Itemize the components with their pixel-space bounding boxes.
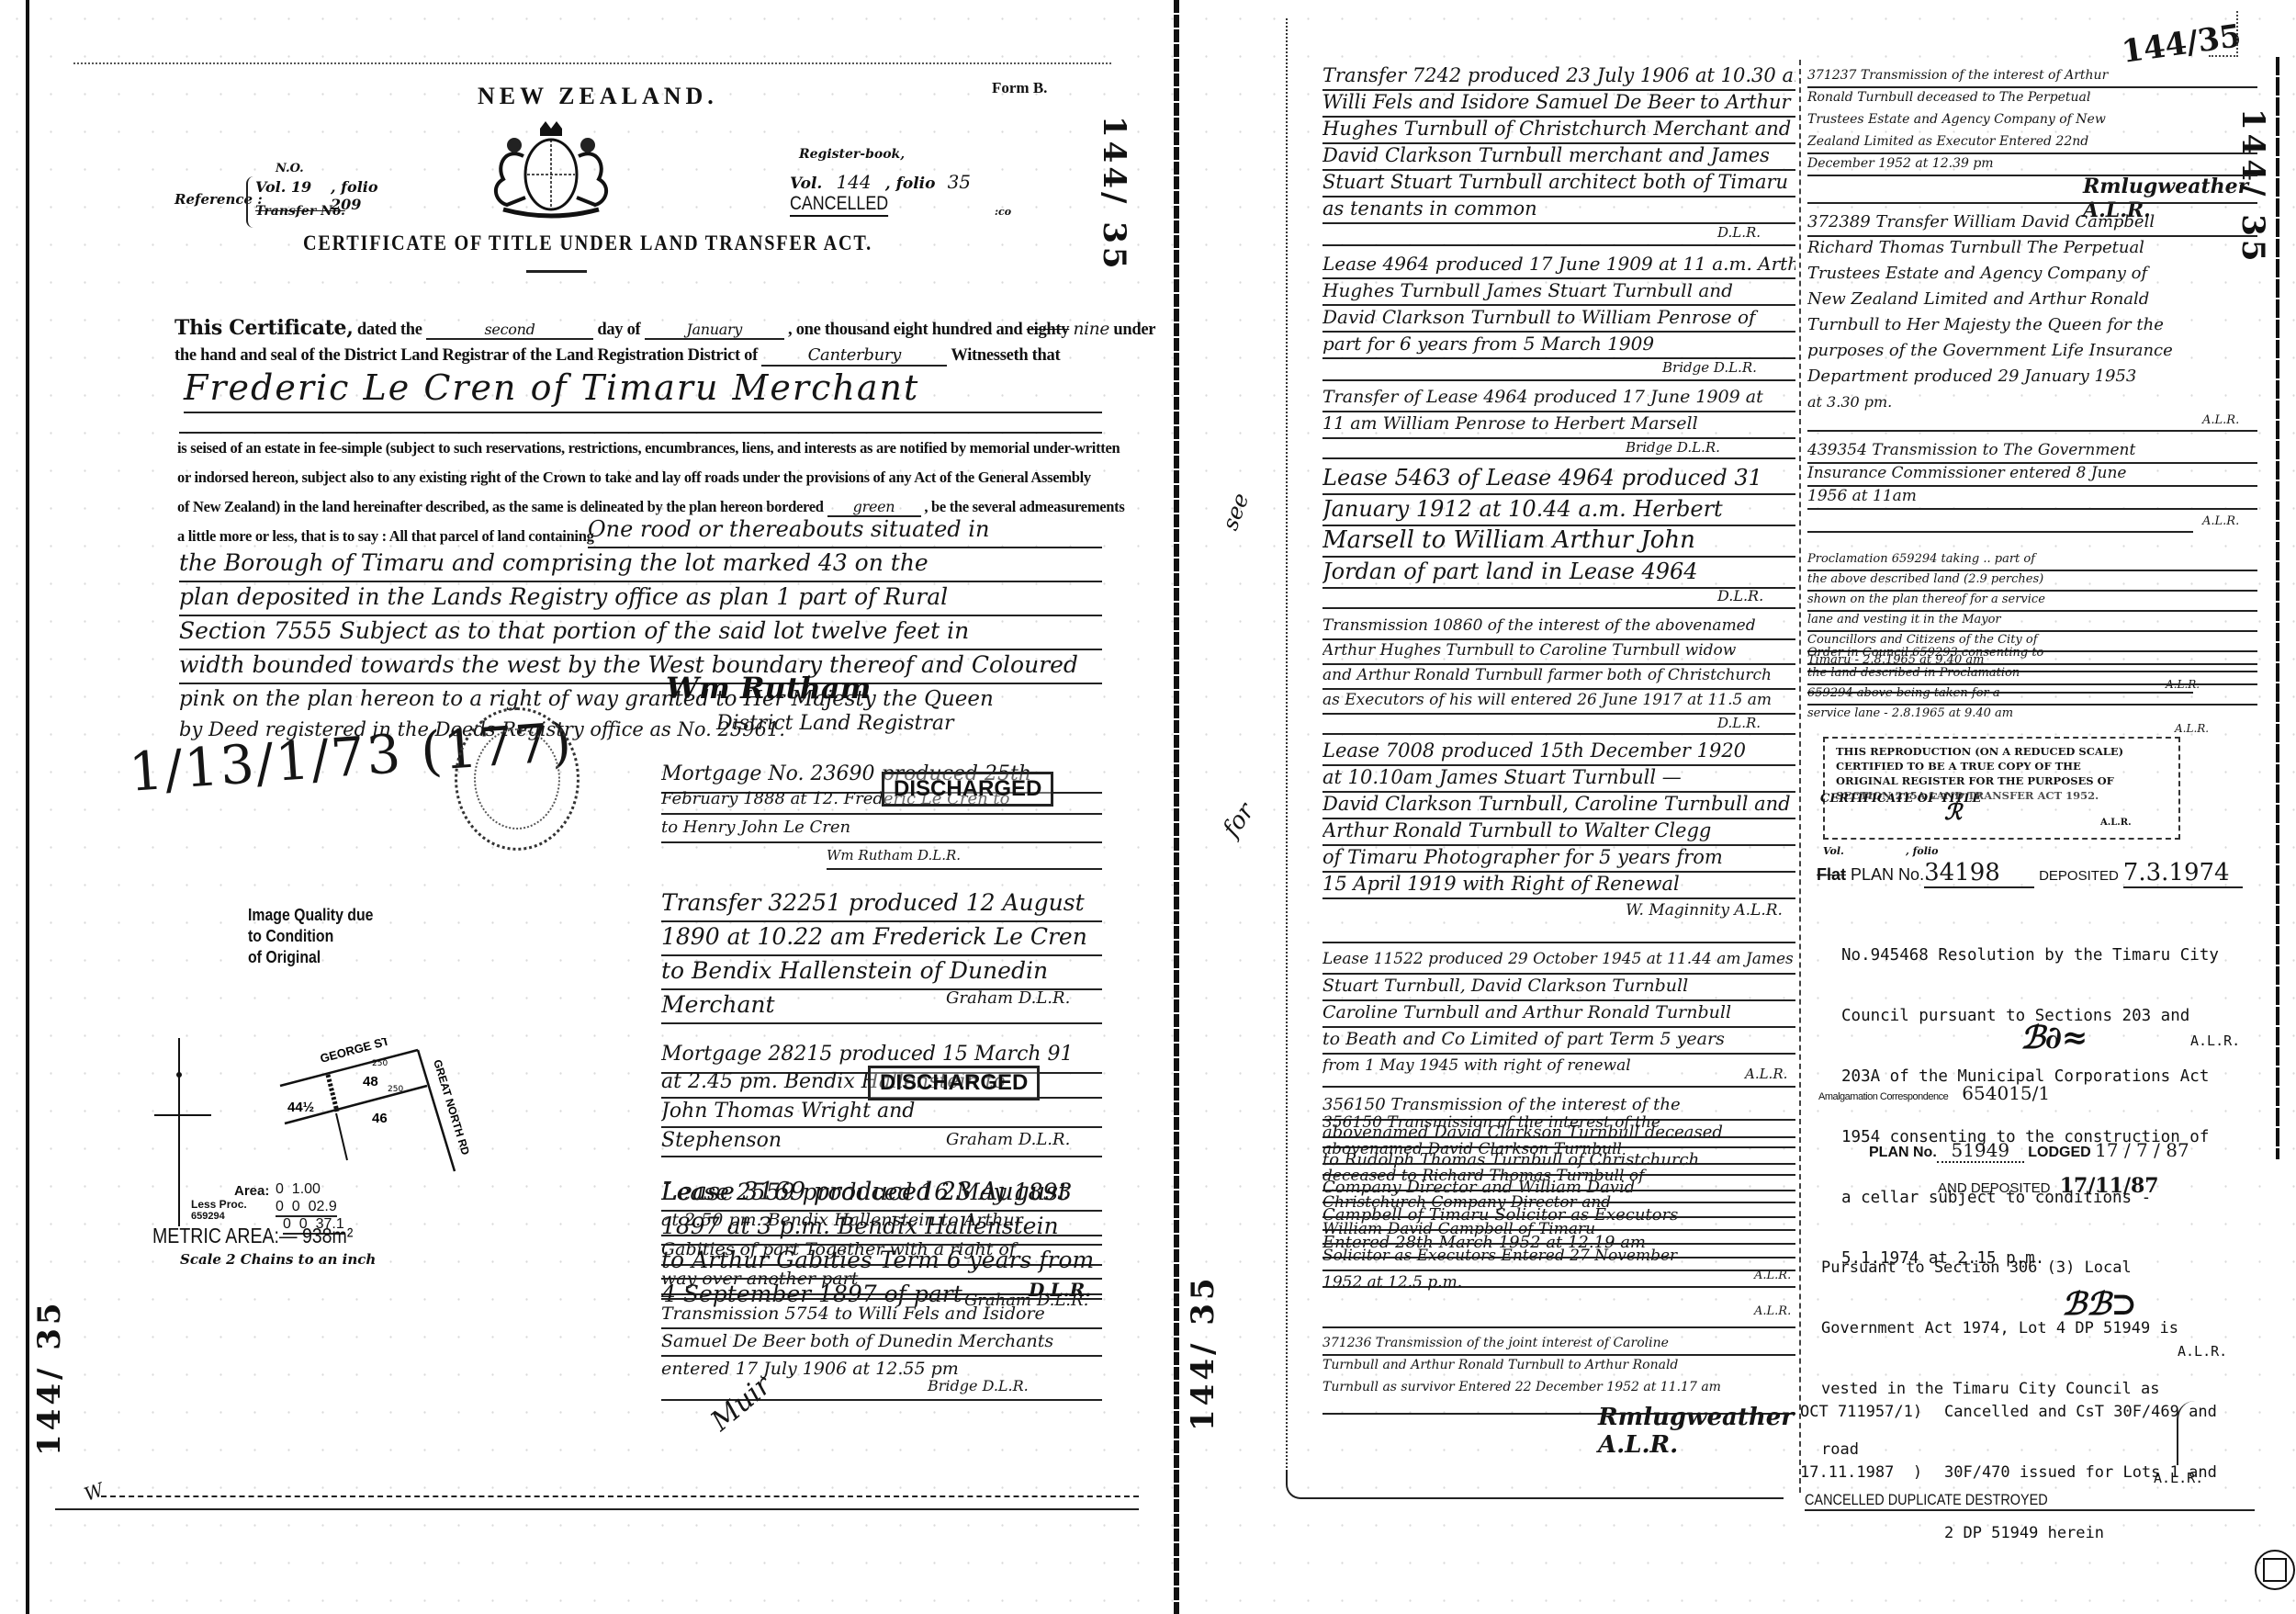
entry-rule — [1322, 1086, 1795, 1088]
memorial-line: Turnbull as survivor Entered 22 December… — [1322, 1376, 1795, 1398]
memorial-line: Marsell to William Arthur John — [1322, 525, 1795, 558]
lodged-date: 17 / 7 / 87 — [2095, 1139, 2189, 1161]
reference-vol: Vol. 19 — [255, 178, 311, 196]
margin-mark: see — [1217, 490, 1254, 534]
margin-mark: for — [1218, 798, 1260, 842]
memorial-line: at 3.30 pm. — [1807, 389, 2257, 415]
left-page: Form B. NEW ZEALAND. Reference : N.O. Vo… — [0, 0, 1176, 1614]
registrar-clause: the hand and seal of the District Land R… — [174, 346, 758, 365]
left-memorials-final: Transmission 5754 to Willi Fels and Isid… — [661, 1300, 1102, 1401]
folio-label: , folio — [1906, 845, 1938, 857]
memorial-line: 372389 Transfer William David Campbell — [1807, 209, 2257, 237]
memorial-line: shown on the plan thereof for a service — [1807, 590, 2257, 612]
memorial-line: Department produced 29 January 1953 — [1807, 364, 2257, 389]
entry-rule — [1322, 379, 1795, 381]
register-book-ref: Vol. 144 , folio 35 — [790, 171, 971, 193]
memorial-line: the above described land (2.9 perches) — [1807, 570, 2257, 592]
memorial-signature: Graham D.L.R. — [946, 988, 1070, 1008]
entry-rule — [1322, 1326, 1795, 1328]
under-text: under — [1113, 321, 1155, 339]
cancellation-ref: OCT 711957/1) — [1800, 1402, 1922, 1422]
memorial-line: 659294 above being taken for a — [1807, 683, 2257, 705]
reproduction-line-3: ORIGINAL REGISTER FOR THE PURPOSES OF — [1836, 773, 2114, 788]
day-value: second — [426, 321, 593, 340]
registrar-title: District Land Registrar — [716, 712, 953, 735]
estate-line-2: or indorsed hereon, subject also to any … — [177, 468, 1091, 487]
heading-underline — [526, 270, 587, 273]
memorial-line: Arthur Hughes Turnbull to Caroline Turnb… — [1322, 638, 1795, 665]
form-label: Form B. — [992, 79, 1047, 97]
register-stamp-left-top: 144/ 35 — [1096, 116, 1132, 273]
memorial-line: the land described in Proclamation — [1807, 663, 2257, 685]
vesting-role: A.L.R. — [2178, 1343, 2227, 1360]
less-proc-label: Less Proc. — [191, 1198, 247, 1211]
owner-name: Frederic Le Cren of Timaru Merchant — [184, 364, 1102, 413]
memorial-line: January 1912 at 10.44 a.m. Herbert — [1322, 493, 1795, 526]
top-dotted-line — [73, 62, 1111, 64]
memorial-signature: Rmlugweather A.L.R. — [1598, 1404, 1795, 1459]
circle-square-icon — [2255, 1550, 2295, 1590]
memorial-line: part for 6 years from 5 March 1909 — [1322, 331, 1795, 359]
reproduction-stamp: THIS REPRODUCTION (ON A REDUCED SCALE) C… — [1823, 737, 2180, 840]
memorial-line: from 1 May 1945 with right of renewal — [1322, 1053, 1795, 1079]
memorial-line: Stuart Stuart Turnbull architect both of… — [1322, 169, 1795, 198]
corner-mark: W — [82, 1478, 107, 1506]
register-stamp-right-bottom: 144/ 35 — [1185, 1274, 1221, 1431]
memorial-line: Turnbull to Her Majesty the Queen for th… — [1807, 312, 2257, 338]
reproduction-role: A.L.R. — [2100, 816, 2132, 830]
memorial-line: Lease 7008 produced 15th December 1920 — [1322, 738, 1795, 766]
right-left-column-final: 371236 Transmission of the joint interes… — [1322, 1332, 1795, 1442]
reproduction-signature: ℛ — [1944, 805, 1962, 819]
memorial-signature: Bridge D.L.R. — [1662, 359, 1757, 376]
lodged-label: LODGED — [2028, 1145, 2090, 1160]
right-left-column-lower: 356150 Transmission of the interest of t… — [1322, 1110, 1795, 1349]
certificate-line-1: This Certificate, dated the second day o… — [174, 316, 1155, 340]
metric-area: METRIC AREA:— 938m² — [152, 1224, 353, 1248]
memorial-signature: A.L.R. — [2202, 514, 2239, 528]
plan-scale: Scale 2 Chains to an inch — [180, 1251, 376, 1268]
amalgamation-value: 654015/1 — [1953, 1082, 2050, 1104]
less-proc-value: 0 0 02.9 — [276, 1199, 337, 1217]
memorial-line: Arthur Ronald Turnbull to Walter Clegg — [1322, 818, 1795, 846]
memorial-line: New Zealand Limited and Arthur Ronald — [1807, 287, 2257, 312]
area-label: Area: — [234, 1183, 269, 1199]
memorial-line: Lease 5463 of Lease 4964 produced 31 — [1322, 462, 1795, 495]
memorial-entry: Lease 3169 produced 23 August 1897 at 3 … — [661, 1176, 1102, 1304]
memorial-signature: Graham D.L.R. — [946, 1130, 1070, 1149]
memorial-signature: W. Maginnity A.L.R. — [1626, 901, 1783, 920]
memorial-line: at 10.10am James Stuart Turnbull — — [1322, 764, 1795, 793]
entry-rule — [1807, 531, 2193, 533]
memorial-line: 1956 at 11am — [1807, 485, 2257, 510]
memorial-line: to Beath and Co Limited of part Term 5 y… — [1322, 1026, 1795, 1055]
memorial-line: abovenamed David Clarkson Turnbull — [1322, 1136, 1795, 1165]
memorial-signature: Wm Rutham D.L.R. — [827, 842, 1102, 870]
memorial-signature: A.L.R. — [1745, 1066, 1787, 1082]
memorial-line: 1897 at 3 p.m. Bendix Hallenstein — [661, 1210, 1102, 1246]
cancellation-signature — [2177, 1401, 2215, 1465]
memorial-signature: D.L.R. — [1717, 224, 1761, 241]
vesting-signature: ℬℬ⊃ — [2062, 1286, 2137, 1323]
memorial-line: John Thomas Wright and — [661, 1097, 1102, 1128]
memorial-line: David Clarkson Turnbull, Caroline Turnbu… — [1322, 791, 1795, 819]
right-right-column-lower: Order in Council 659293 consenting to th… — [1807, 643, 2257, 744]
resolution-role: A.L.R. — [2190, 1033, 2240, 1049]
svg-text:250: 250 — [388, 1085, 403, 1094]
right-page: 144/ 35 144/ 35 144/35 Transfer 7242 pro… — [1180, 0, 2296, 1614]
memorial-signature: A.L.R. — [2202, 413, 2239, 427]
left-page-right-edge — [1174, 0, 1179, 1614]
reproduction-line-2: CERTIFIED TO BE A TRUE COPY OF THE — [1836, 759, 2081, 773]
land-line-4: Section 7555 Subject as to that portion … — [179, 615, 1102, 650]
register-stamp-left-bottom: 144/ 35 — [31, 1299, 68, 1456]
memorial-signature: Bridge D.L.R. — [928, 1377, 1029, 1394]
memorial-line: Lease 11522 produced 29 October 1945 at … — [1322, 946, 1795, 975]
memorial-line: Trustees Estate and Agency Company of Ne… — [1807, 108, 2257, 130]
amalgamation-label: Amalgamation Correspondence — [1818, 1091, 1948, 1102]
entry-rule — [1322, 942, 1795, 943]
registrar-signature: Wm Rutham — [666, 671, 871, 705]
reproduction-line-1: THIS REPRODUCTION (ON A REDUCED SCALE) — [1836, 744, 2123, 759]
plan-no-value: 34198 — [1924, 859, 2034, 888]
memorial-line: 11 am William Penrose to Herbert Marsell — [1322, 411, 1795, 439]
vesting-line: Pursuant to Section 306 (3) Local — [1821, 1258, 2178, 1278]
memorial-line: Christchurch Company Director and — [1322, 1190, 1795, 1218]
memorial-signature: D.L.R. — [1717, 587, 1763, 604]
right-page-border — [2276, 57, 2279, 1159]
memorial-line: December 1952 at 12.39 pm — [1807, 152, 2257, 176]
right-right-column: 371237 Transmission of the interest of A… — [1807, 64, 2267, 726]
vol-label: Vol. — [1823, 845, 1844, 857]
certificate-heading: CERTIFICATE OF TITLE UNDER LAND TRANSFER… — [303, 231, 872, 255]
certificate-lead: This Certificate, — [174, 316, 354, 340]
memorial-line: to Henry John Le Cren — [661, 814, 1102, 843]
memorial-line: Lease 4964 produced 17 June 1909 at 11 a… — [1322, 251, 1795, 279]
entry-rule — [1322, 244, 1795, 246]
left-page-border — [26, 0, 29, 1614]
land-line-3: plan deposited in the Lands Registry off… — [179, 581, 1102, 616]
memorial-line: Zealand Limited as Executor Entered 22nd — [1807, 130, 2257, 154]
memorial-line: Transmission 10860 of the interest of th… — [1322, 614, 1795, 640]
cancelled-duplicate-destroyed: CANCELLED DUPLICATE DESTROYED — [1805, 1491, 2255, 1511]
land-line-2: the Borough of Timaru and comprising the… — [179, 547, 1102, 582]
memorial-line: William David Campbell of Timaru — [1322, 1216, 1795, 1245]
year-value: nine — [1074, 320, 1110, 339]
register-folio-value: 35 — [940, 171, 971, 193]
entry-rule — [1322, 607, 1795, 609]
memorial-line: Insurance Commissioner entered 8 June — [1807, 462, 2257, 487]
svg-text:250: 250 — [372, 1059, 388, 1068]
svg-text:48: 48 — [363, 1074, 378, 1089]
memorial-line: 371237 Transmission of the interest of A… — [1807, 64, 2257, 88]
top-corner-dotted-box — [2209, 11, 2238, 57]
memorial-line: of Timaru Photographer for 5 years from — [1322, 844, 1795, 873]
memorial-line: service lane - 2.8.1965 at 9.40 am — [1807, 704, 2257, 724]
bottom-double-rule — [101, 1495, 1139, 1497]
memorial-line: Hughes Turnbull of Christchurch Merchant… — [1322, 116, 1795, 144]
plan-lodged-no: 51949 — [1937, 1139, 2024, 1163]
memorial-line: 15 April 1919 with Right of Renewal — [1322, 871, 1795, 899]
memorial-entry: Mortgage 28215 produced 15 March 91 at 2… — [661, 1038, 1102, 1153]
memorial-line: Transfer of Lease 4964 produced 17 June … — [1322, 384, 1795, 412]
reference-transfer-no: Transfer No. — [255, 204, 345, 219]
memorial-line: Caroline Turnbull and Arthur Ronald Turn… — [1322, 999, 1795, 1028]
register-vol-value: 144 — [827, 171, 880, 193]
memorial-line: Order in Council 659293 consenting to — [1807, 643, 2257, 665]
right-page-bottom-border — [1286, 1470, 1784, 1499]
memorial-signature: D.L.R. — [1717, 715, 1761, 731]
memorial-signature: Bridge D.L.R. — [1626, 439, 1720, 456]
memorial-line: Lease 3169 produced 23 August — [661, 1176, 1102, 1212]
reference-prefix: N.O. — [276, 162, 304, 175]
cancellation-line: 2 DP 51949 herein — [1944, 1523, 2217, 1543]
plan-street-right: GREAT NORTH RD — [431, 1058, 472, 1157]
right-page-left-border — [1286, 18, 1288, 1479]
month-value: January — [645, 321, 784, 340]
land-line-1: One rood or thereabouts situated in — [588, 513, 1102, 548]
and-deposited-label: AND DEPOSITED — [1938, 1180, 2051, 1196]
land-description: One rood or thereabouts situated in the … — [179, 513, 1102, 761]
entry-rule — [1322, 457, 1795, 459]
register-book-label: Register-book, — [799, 147, 905, 162]
svg-text:46: 46 — [372, 1111, 388, 1126]
dated-the-text: dated the — [357, 321, 422, 339]
cancellation-date: 17.11.1987 ) — [1800, 1462, 1922, 1483]
quality-notice: Image Quality due to Condition of Origin… — [248, 905, 373, 968]
registry-seal-icon — [455, 707, 580, 851]
year-struck: eighty — [1027, 321, 1070, 339]
less-proc-ref: 659294 — [191, 1211, 225, 1222]
side-code: :co — [995, 206, 1011, 218]
estate-line-1: is seised of an estate in fee-simple (su… — [177, 439, 1120, 457]
memorial-line: 371236 Transmission of the joint interes… — [1322, 1332, 1795, 1356]
resolution-line: No.945468 Resolution by the Timaru City — [1841, 945, 2219, 965]
memorial-line: Transfer 32251 produced 12 August — [661, 886, 1102, 922]
memorial-line: Solicitor as Executors Entered 27 Novemb… — [1322, 1243, 1795, 1271]
plan-deposited-line: AND DEPOSITED 17/11/87 — [1938, 1174, 2159, 1198]
deposited-date: 7.3.1974 — [2123, 859, 2243, 888]
memorial-line: Hughes Turnbull James Stuart Turnbull an… — [1322, 277, 1795, 306]
memorial-line: to Arthur Gabities Term 6 years from — [661, 1244, 1102, 1280]
memorial-line: 356150 Transmission of the interest of t… — [1322, 1110, 1795, 1138]
memorial-line: 1952 at 12.5 p.m. — [1322, 1270, 1795, 1296]
memorial-line: lane and vesting it in the Mayor — [1807, 610, 2257, 632]
country-heading: NEW ZEALAND. — [478, 83, 718, 110]
memorial-line: 1890 at 10.22 am Frederick Le Cren — [661, 920, 1102, 956]
entry-rule — [1322, 733, 1795, 735]
memorial-line: entered 17 July 1906 at 12.55 pm — [661, 1355, 1102, 1383]
memorial-line: Transmission 5754 to Willi Fels and Isid… — [661, 1300, 1102, 1329]
memorial-line: to Bendix Hallenstein of Dunedin — [661, 954, 1102, 990]
plan-lodged-line: PLAN No.51949 LODGED 17 / 7 / 87 — [1869, 1139, 2189, 1163]
coat-of-arms-icon — [487, 119, 615, 220]
register-vol-label: Vol. — [790, 175, 822, 193]
and-deposited-date: 17/11/87 — [2054, 1174, 2159, 1198]
plan-struck-prefix: Flat — [1817, 865, 1846, 884]
resolution-signature: ℬ∂≈ — [2020, 1020, 2088, 1056]
witnesseth-text: Witnesseth that — [951, 346, 1060, 365]
svg-text:44½: 44½ — [287, 1100, 314, 1115]
column-divider — [1799, 60, 1801, 1493]
plan-no-label: PLAN No. — [1851, 865, 1924, 884]
memorial-line: 439354 Transmission to The Government — [1807, 439, 2257, 464]
memorial-line: David Clarkson Turnbull to William Penro… — [1322, 304, 1795, 333]
memorial-line: Trustees Estate and Agency Company of — [1807, 261, 2257, 287]
memorial-line: Samuel De Beer both of Dunedin Merchants — [661, 1327, 1102, 1357]
memorial-line: David Clarkson Turnbull merchant and Jam… — [1322, 142, 1795, 171]
memorial-entry: Transfer 32251 produced 12 August 1890 a… — [661, 886, 1102, 1001]
memorial-line: Stuart Turnbull, David Clarkson Turnbull — [1322, 973, 1795, 1001]
memorial-line: deceased to Richard Thomas Turnbull of — [1322, 1163, 1795, 1191]
footer-stamp-text: CANCELLED DUPLICATE DESTROYED — [1805, 1491, 2048, 1509]
memorial-line: as tenants in common — [1322, 196, 1795, 224]
memorial-line: purposes of the Government Life Insuranc… — [1807, 338, 2257, 364]
memorial-line: and Arthur Ronald Turnbull farmer both o… — [1322, 663, 1795, 690]
land-line-5: width bounded towards the west by the We… — [179, 649, 1102, 684]
memorial-line: Transfer 7242 produced 23 July 1906 at 1… — [1322, 62, 1795, 91]
memorial-line: Turnbull and Arthur Ronald Turnbull to A… — [1322, 1354, 1795, 1376]
memorial-line: Proclamation 659294 taking .. part of — [1807, 549, 2257, 571]
discharged-stamp: DISCHARGED — [882, 772, 1053, 807]
memorial-signature: A.L.R. — [2175, 722, 2209, 735]
deposited-label: DEPOSITED — [2039, 868, 2119, 884]
cancellation-role: A.L.R. — [2154, 1470, 2203, 1486]
register-folio-label: , folio — [885, 175, 936, 193]
quality-line-3: of Original — [248, 947, 373, 968]
memorial-line: Ronald Turnbull deceased to The Perpetua… — [1807, 86, 2257, 108]
owner-second-rule — [179, 432, 1102, 434]
quality-line-2: to Condition — [248, 926, 373, 947]
land-line-6: pink on the plan hereon to a right of wa… — [179, 683, 1102, 717]
day-of-text: day of — [597, 321, 640, 339]
cancelled-stamp: CANCELLED — [790, 193, 888, 217]
year-text: , one thousand eight hundred and — [788, 321, 1022, 339]
area-value: 0 1.00 — [276, 1181, 321, 1198]
bottom-rule — [55, 1508, 1139, 1510]
memorial-entry: Mortgage No. 23690 produced 25th Februar… — [661, 758, 1102, 873]
plan-lodged-label: PLAN No. — [1869, 1145, 1937, 1160]
memorial-line: as Executors of his will entered 26 June… — [1322, 688, 1795, 715]
memorial-signature: A.L.R. — [1754, 1304, 1791, 1318]
plan-deposit-line: Flat PLAN No.34198 DEPOSITED 7.3.1974 — [1817, 859, 2243, 888]
reference-block: Reference : N.O. Vol. 19 , folio 209 Tra… — [174, 165, 413, 230]
entry-rule — [1807, 430, 2257, 432]
memorial-line: Jordan of part land in Lease 4964 — [1322, 556, 1795, 589]
memorial-line: Willi Fels and Isidore Samuel De Beer to… — [1322, 89, 1795, 118]
memorial-line: Richard Thomas Turnbull The Perpetual — [1807, 235, 2257, 261]
discharged-stamp: DISCHARGED — [868, 1066, 1040, 1100]
entry-rule — [1807, 202, 2257, 204]
amalgamation-line: Amalgamation Correspondence 654015/1 — [1818, 1082, 2050, 1104]
quality-line-1: Image Quality due — [248, 905, 373, 926]
